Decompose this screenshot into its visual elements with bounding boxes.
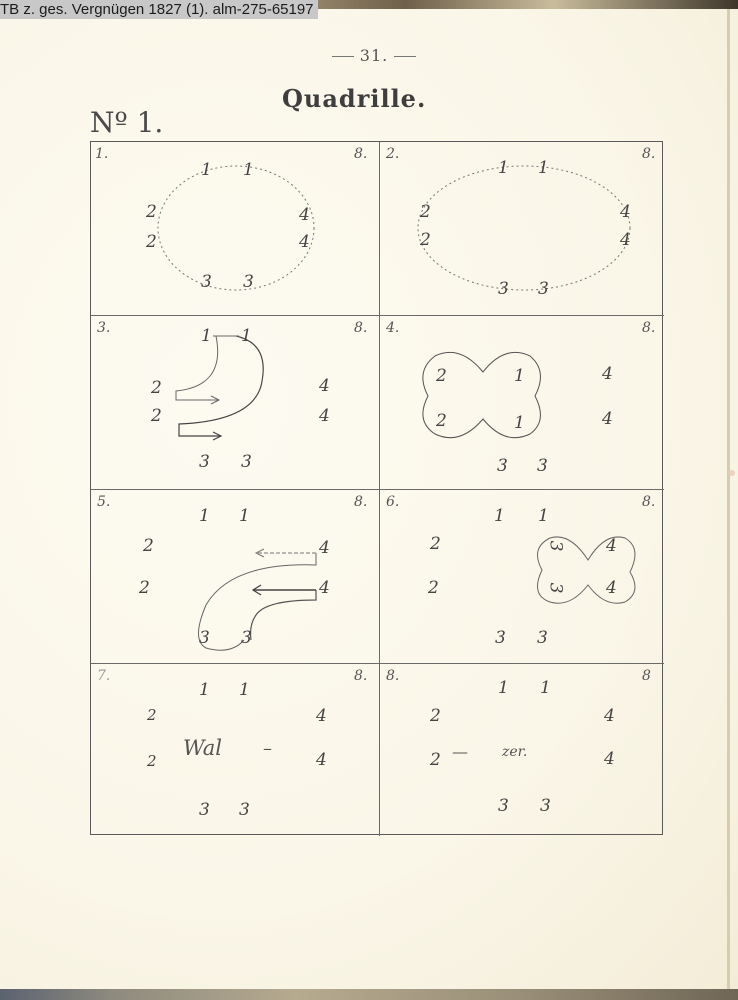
dancer-label: 1	[494, 506, 505, 526]
dancer-label: 4	[316, 750, 327, 770]
dancer-label: 1	[514, 413, 525, 433]
dancer-label: 2	[143, 536, 154, 556]
dotted-circle-path	[380, 142, 664, 316]
dancer-label: 4	[606, 578, 617, 598]
dancer-label: 2	[151, 406, 162, 426]
dancer-label: 1	[199, 680, 210, 700]
dancer-label: 4	[604, 749, 615, 769]
page-number-text: 31.	[360, 46, 388, 65]
figure-3: 3. 8. 1 1 2 4 2 4 3 3	[91, 316, 380, 490]
figure-id: 8.	[386, 668, 399, 684]
dancer-label: 3	[545, 541, 565, 552]
figure-corner: 8.	[354, 320, 367, 336]
dancer-label: 4	[299, 205, 310, 225]
dancer-label: 2	[151, 378, 162, 398]
page-title: Quadrille.	[282, 84, 426, 113]
dancer-label: 4	[319, 376, 330, 396]
figure-7: 7. 8. 1 1 2 4 2 4 3 3 Wal –	[91, 664, 380, 836]
page-right-edge	[727, 9, 730, 989]
dancer-label: 1	[241, 326, 252, 346]
dancer-label: 3	[495, 628, 506, 648]
figure-corner: 8	[642, 668, 651, 684]
dancer-label: 2	[436, 366, 447, 386]
dancer-label: 1	[239, 680, 250, 700]
dancer-label: 3	[199, 628, 210, 648]
dancer-label: 3	[537, 628, 548, 648]
dancer-label: 2	[139, 578, 150, 598]
four-leaf-loop-path	[380, 490, 664, 664]
dancer-label: 3	[538, 279, 549, 299]
waltz-dash: —	[452, 742, 468, 761]
dancer-label: 1	[201, 160, 212, 180]
dancer-label: 1	[538, 506, 549, 526]
dancer-label: 1	[538, 158, 549, 178]
figure-number: Nº 1.	[90, 106, 163, 139]
dancer-label: 2	[428, 578, 439, 598]
figure-4: 4. 8. 2 1 4 2 1 4 3 3	[380, 316, 664, 490]
dancer-label: 1	[540, 678, 551, 698]
dancer-label: 3	[537, 456, 548, 476]
dancer-label: 2	[420, 230, 431, 250]
dancer-label: 1	[514, 366, 525, 386]
dancer-label: 4	[602, 409, 613, 429]
dancer-label: 4	[319, 538, 330, 558]
figure-6: 6. 8. 1 1 2 3 4 2 3 4 3 3	[380, 490, 664, 664]
rule-left	[332, 56, 354, 57]
dancer-label: 2	[430, 750, 441, 770]
dancer-label: 3	[239, 800, 250, 820]
dancer-label: 2	[146, 232, 157, 252]
dancer-label: 3	[540, 796, 551, 816]
waltz-word-part: Wal	[183, 736, 222, 760]
figure-5: 5. 8. 1 1 2 4 2 4 3 3	[91, 490, 380, 664]
curved-arrow-paths	[91, 316, 380, 490]
figure-corner: 8.	[354, 494, 367, 510]
dancer-label: 3	[241, 628, 252, 648]
dancer-label: 3	[497, 456, 508, 476]
figure-id: 7.	[97, 668, 110, 684]
waltz-word-part: zer.	[502, 744, 527, 760]
dancer-label: 4	[620, 202, 631, 222]
dancer-label: 2	[436, 411, 447, 431]
dancer-label: 3	[545, 583, 565, 594]
dancer-label: 3	[241, 452, 252, 472]
figure-corner: 8.	[642, 146, 655, 162]
dancer-label: 3	[199, 452, 210, 472]
dancer-label: 4	[602, 364, 613, 384]
figure-corner: 8.	[354, 668, 367, 684]
dancer-label: 3	[243, 272, 254, 292]
dancer-label: 4	[606, 536, 617, 556]
figure-id: 4.	[386, 320, 399, 336]
figure-2: 2. 8. 1 1 2 4 2 4 3 3	[380, 142, 664, 316]
figure-corner: 8.	[642, 320, 655, 336]
dancer-label: 3	[199, 800, 210, 820]
dancer-label: 4	[604, 706, 615, 726]
image-caption: TB z. ges. Vergnügen 1827 (1). alm-275-6…	[0, 0, 318, 19]
paper-stain	[728, 470, 735, 476]
dancer-label: 4	[620, 230, 631, 250]
dancer-label: 4	[299, 232, 310, 252]
dotted-circle-path	[91, 142, 380, 316]
figure-corner: 8.	[642, 494, 655, 510]
dancer-label: 2	[146, 202, 157, 222]
dancer-label: 2	[430, 706, 441, 726]
dancer-label: 3	[498, 279, 509, 299]
dancer-label: 4	[319, 406, 330, 426]
dancer-label: 1	[199, 506, 210, 526]
dancer-label: 4	[316, 706, 327, 726]
dancer-label: 1	[243, 160, 254, 180]
dancer-label: 1	[498, 678, 509, 698]
curved-arrow-paths	[91, 490, 380, 664]
figure-id: 5.	[97, 494, 110, 510]
waltz-dash: –	[263, 738, 272, 759]
dancer-label: 4	[319, 578, 330, 598]
rule-right	[394, 56, 416, 57]
dancer-label: 2	[147, 706, 157, 724]
figure-1: 1. 8. 1 1 2 4 2 4 3 3	[91, 142, 380, 316]
dancer-label: 2	[420, 202, 431, 222]
figure-8: 8. 8 1 1 2 4 2 4 3 3 — zer.	[380, 664, 664, 836]
figure-id: 3.	[97, 320, 110, 336]
dancer-label: 3	[201, 272, 212, 292]
figure-id: 1.	[95, 146, 108, 162]
dancer-label: 2	[147, 752, 157, 770]
dancer-label: 3	[498, 796, 509, 816]
dancer-label: 1	[498, 158, 509, 178]
quadrille-diagram-grid: 1. 8. 1 1 2 4 2 4 3 3 2. 8. 1 1 2 4 2 4 …	[90, 141, 663, 835]
dancer-label: 2	[430, 534, 441, 554]
four-leaf-loop-path	[380, 316, 664, 490]
page-number: 31.	[324, 46, 424, 65]
figure-id: 6.	[386, 494, 399, 510]
dancer-label: 1	[201, 326, 212, 346]
dancer-label: 1	[239, 506, 250, 526]
figure-corner: 8.	[354, 146, 367, 162]
page-bottom-edge	[0, 989, 738, 1000]
figure-id: 2.	[386, 146, 399, 162]
